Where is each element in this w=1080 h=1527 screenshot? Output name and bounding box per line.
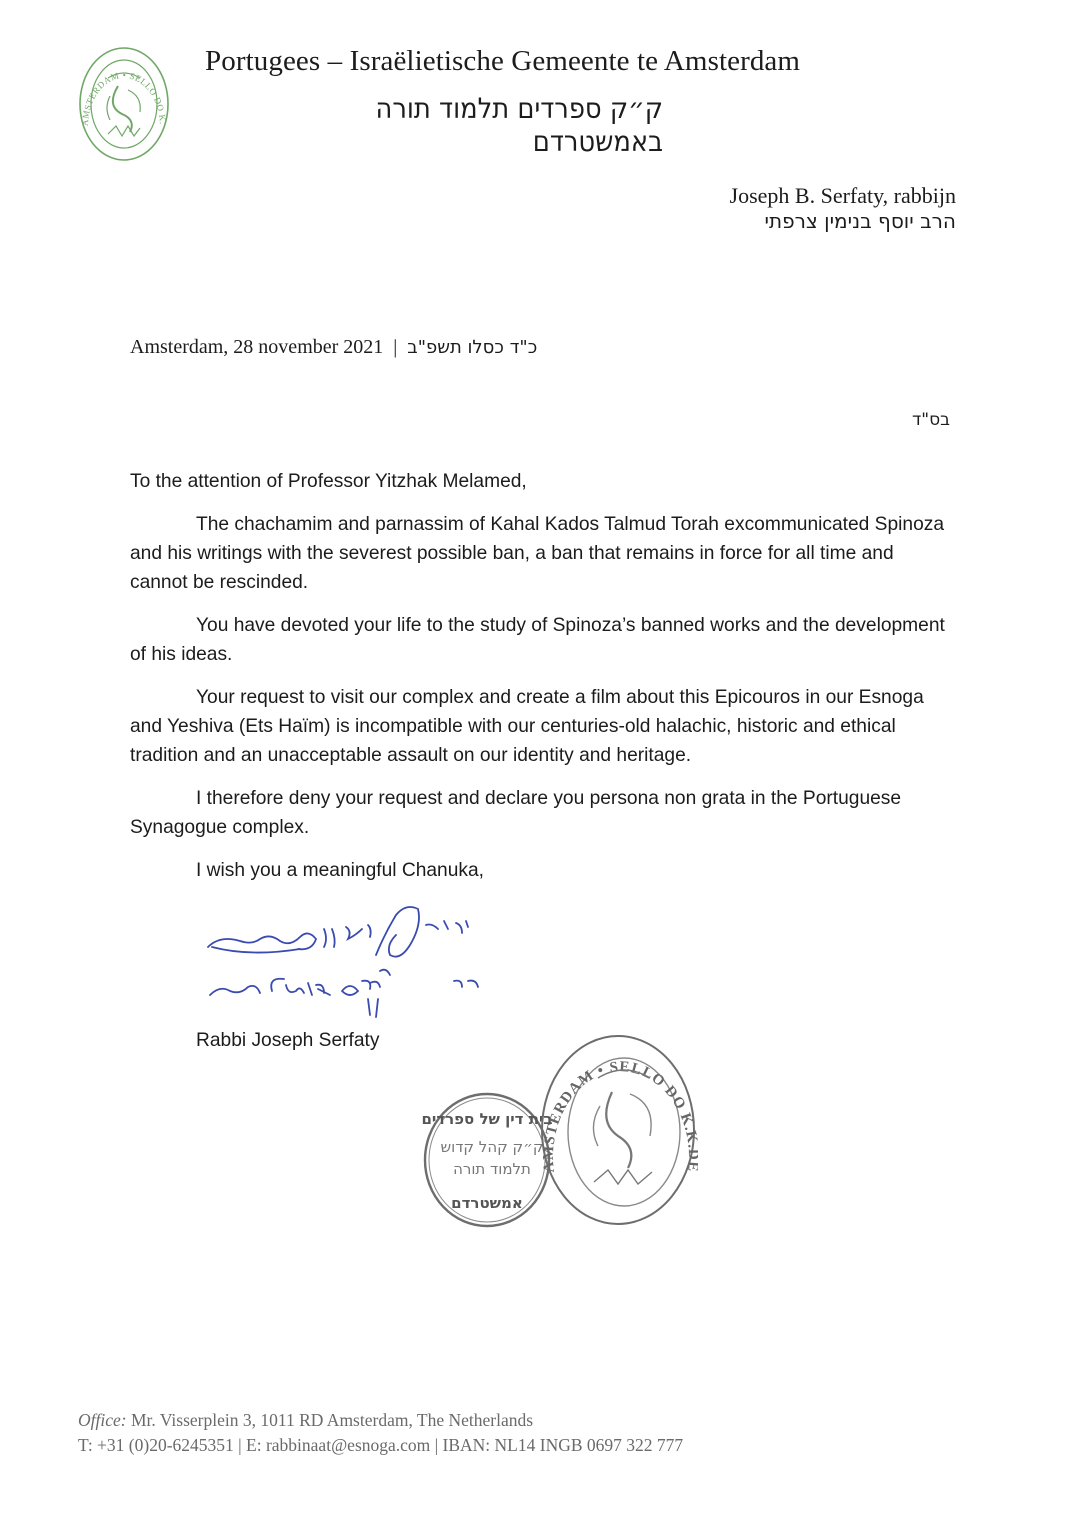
bsd-header: בס"ד bbox=[912, 410, 950, 430]
footer: Office: Mr. Visserplein 3, 1011 RD Amste… bbox=[78, 1408, 683, 1458]
sender-name: Joseph B. Serfaty, rabbijn bbox=[730, 183, 956, 209]
letter-body: To the attention of Professor Yitzhak Me… bbox=[130, 467, 945, 899]
seal-phoenix-icon: AMSTERDAM • SELLO DO K.K. bbox=[78, 46, 170, 162]
round-hebrew-stamp-icon: בית דין של ספרדים ק״ק קהל קדוש תלמוד תור… bbox=[422, 1090, 552, 1230]
oval-phoenix-seal-icon: AMSTERDAM • SELLO DO K.K.DE.T.T. bbox=[538, 1032, 698, 1228]
sender-block: Joseph B. Serfaty, rabbijn הרב יוסף בנימ… bbox=[730, 183, 956, 233]
sender-name-hebrew: הרב יוסף בנימין צרפתי bbox=[730, 209, 956, 233]
svg-text:תלמוד תורה: תלמוד תורה bbox=[453, 1160, 531, 1178]
svg-text:בית דין של ספרדים: בית דין של ספרדים bbox=[422, 1110, 552, 1128]
organization-name-hebrew: ק״ק ספרדים תלמוד תורה באמשטרדם bbox=[242, 92, 663, 158]
paragraph: You have devoted your life to the study … bbox=[130, 611, 945, 669]
paragraph: Your request to visit our complex and cr… bbox=[130, 683, 945, 770]
signer-name: Rabbi Joseph Serfaty bbox=[196, 1030, 379, 1052]
salutation: To the attention of Professor Yitzhak Me… bbox=[130, 467, 945, 496]
date-separator: | bbox=[393, 336, 397, 359]
date-gregorian: Amsterdam, 28 november 2021 bbox=[130, 336, 383, 359]
date-line: Amsterdam, 28 november 2021 | כ"ד כסלו ת… bbox=[130, 336, 537, 359]
svg-text:AMSTERDAM • SELLO DO K.K.DE.T.: AMSTERDAM • SELLO DO K.K.DE.T.T. bbox=[538, 1032, 698, 1173]
office-address-line: Office: Mr. Visserplein 3, 1011 RD Amste… bbox=[78, 1408, 683, 1433]
office-label: Office: bbox=[78, 1410, 127, 1430]
organization-name: Portugees – Israëlietische Gemeente te A… bbox=[205, 45, 800, 78]
handwritten-signature-icon bbox=[200, 895, 490, 1025]
paragraph: I therefore deny your request and declar… bbox=[130, 784, 945, 842]
office-address: Mr. Visserplein 3, 1011 RD Amsterdam, Th… bbox=[127, 1410, 533, 1430]
svg-text:ק״ק קהל קדוש: ק״ק קהל קדוש bbox=[440, 1138, 543, 1156]
svg-text:אמשטרדם: אמשטרדם bbox=[451, 1194, 523, 1212]
date-hebrew: כ"ד כסלו תשפ"ב bbox=[407, 337, 537, 358]
closing: I wish you a meaningful Chanuka, bbox=[130, 856, 945, 885]
contact-line: T: +31 (0)20-6245351 | E: rabbinaat@esno… bbox=[78, 1433, 683, 1458]
paragraph: The chachamim and parnassim of Kahal Kad… bbox=[130, 510, 945, 597]
